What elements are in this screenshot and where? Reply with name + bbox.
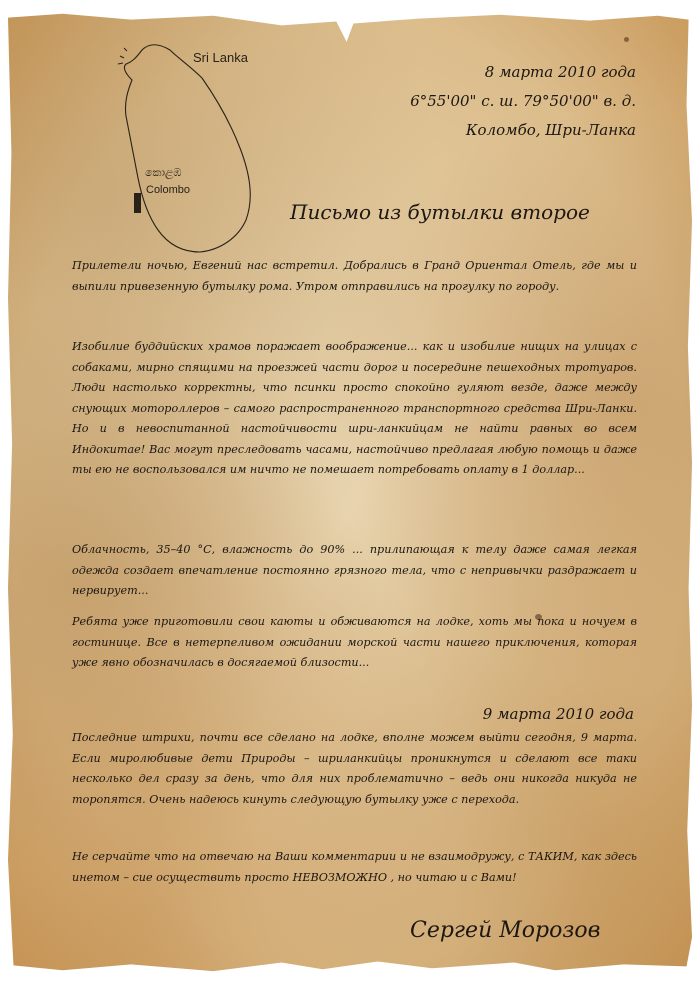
letter-date: 8 марта 2010 года (410, 58, 636, 87)
paragraph-crew: Ребята уже приготовили свои каюты и обжи… (72, 612, 637, 674)
ink-stain (624, 37, 629, 42)
letter-location: Коломбо, Шри-Ланка (410, 116, 636, 145)
letter-header: 8 марта 2010 года 6°55'00" с. ш. 79°50'0… (410, 58, 636, 145)
paragraph-weather: Облачность, 35–40 °С, влажность до 90% .… (72, 540, 637, 602)
paragraph-comments-note: Не серчайте что на отвечаю на Ваши комме… (72, 847, 637, 888)
letter-title: Письмо из бутылки второе (290, 200, 590, 224)
map-country-label: Sri Lanka (193, 50, 248, 65)
second-entry-date: 9 марта 2010 года (483, 705, 634, 723)
city-marker-icon (134, 193, 141, 213)
ink-stain (535, 614, 542, 620)
signature: Сергей Морозов (410, 918, 600, 943)
paragraph-final-touches: Последние штрихи, почти все сделано на л… (72, 728, 637, 810)
letter-coordinates: 6°55'00" с. ш. 79°50'00" в. д. (410, 87, 636, 116)
paragraph-arrival: Прилетели ночью, Евгений нас встретил. Д… (72, 256, 637, 297)
map-city-label: Colombo (146, 184, 190, 196)
map-city-label-local: කොළඹ (145, 166, 182, 180)
aged-paper-letter (8, 8, 692, 976)
sri-lanka-map (112, 38, 262, 258)
paragraph-temples: Изобилие буддийских храмов поражает вооб… (72, 337, 637, 481)
